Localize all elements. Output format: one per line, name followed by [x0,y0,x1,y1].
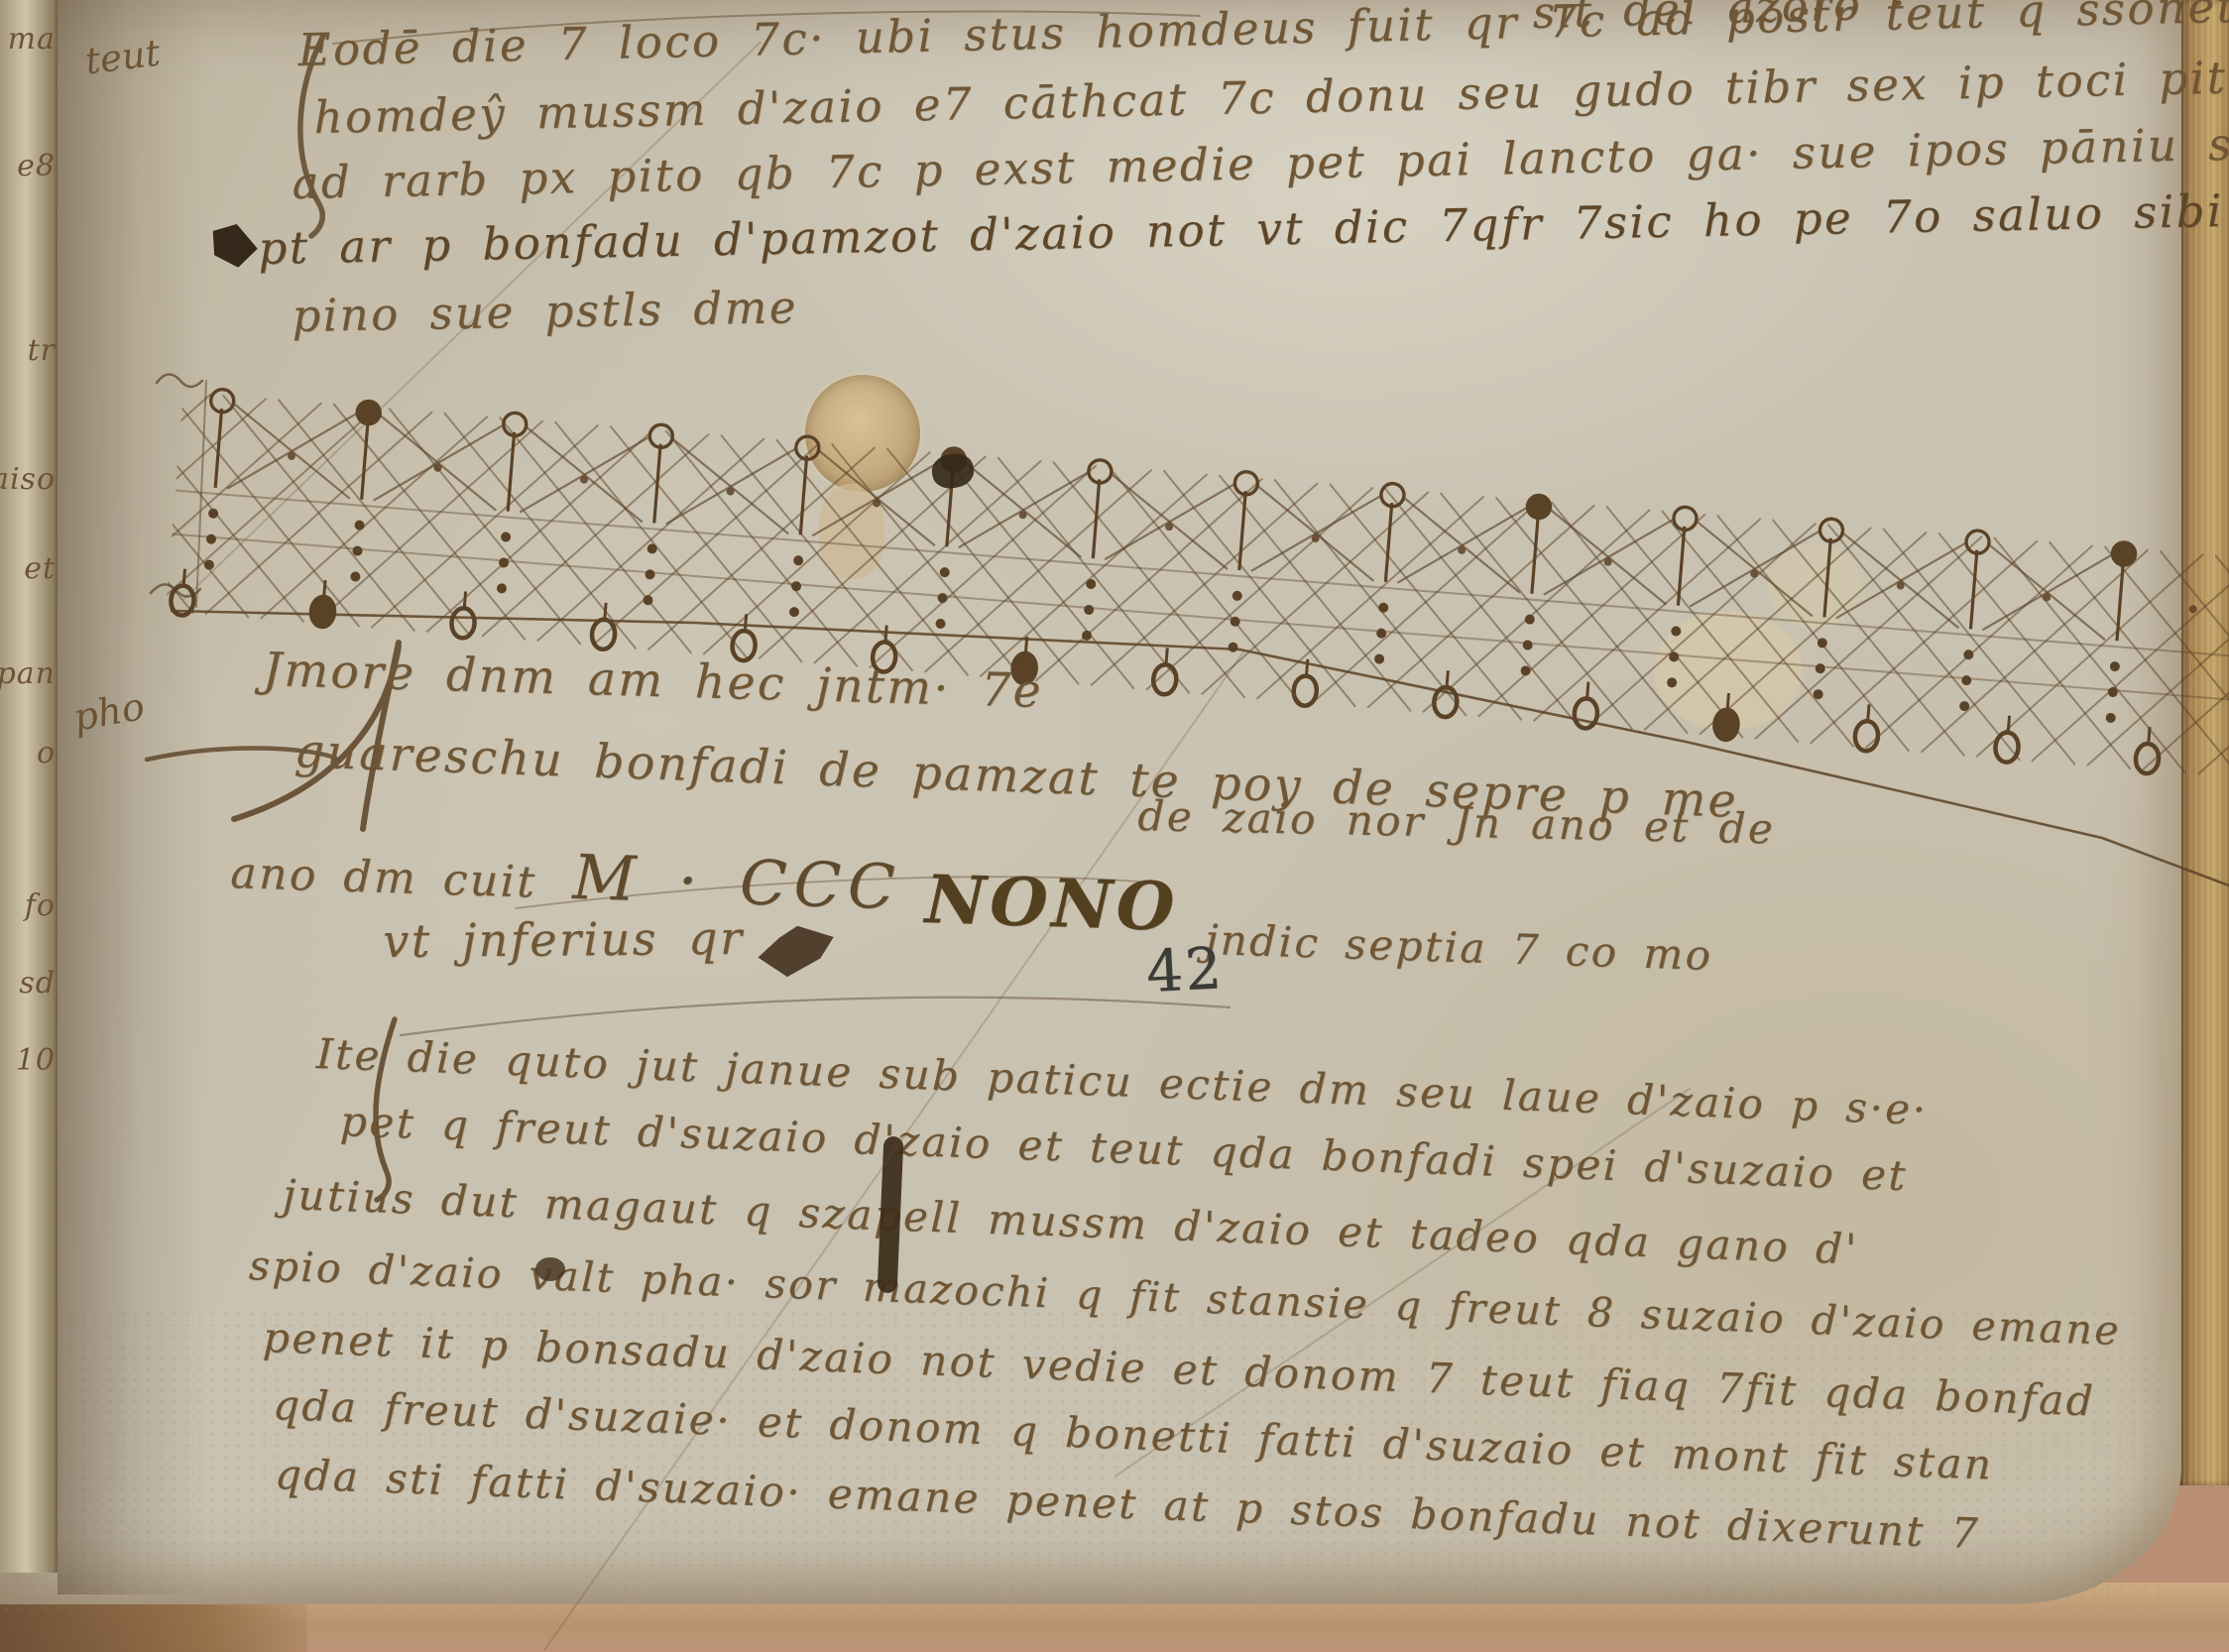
facing-page-text-fragment: fo [25,888,56,923]
parchment-hole-streak [819,484,884,579]
facing-page-text-fragment: 10 [16,1043,56,1078]
facing-page-text-fragment: et [24,551,56,586]
facing-page-text-fragment: aiso [0,462,56,497]
facing-page-text-fragment: tr [28,333,56,368]
parchment-light-patch [1767,543,1862,629]
facing-page-text-fragment: sd [19,966,56,1001]
book-fore-edge [2177,0,2229,1485]
manuscript-photo: sit del azoro · teut pho Eodē die 7 loco… [0,0,2229,1652]
facing-page-text-fragment: pan [0,656,56,691]
gutter-shadow [58,0,208,1594]
facing-page-edge: mae8traisoetpanofosd10 [0,0,58,1573]
facing-page-text-fragment: e8 [17,149,56,183]
facing-page-text-fragment: ma [8,22,56,57]
parchment-page [0,0,2181,1604]
facing-page-text-fragment: o [37,736,56,770]
parchment-light-patch [1654,611,1803,730]
